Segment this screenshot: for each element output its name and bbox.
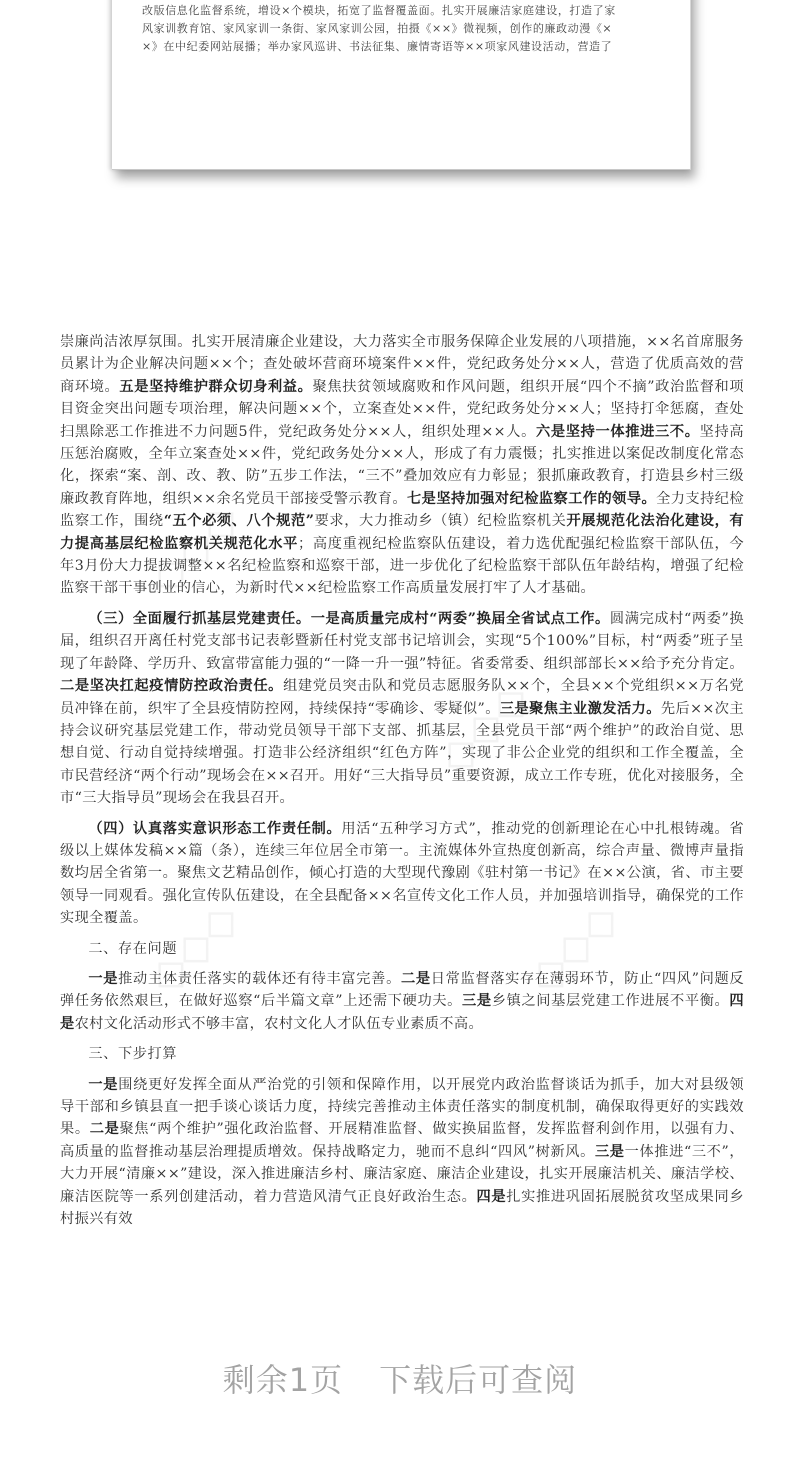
previous-page-line: ×》在中纪委网站展播；举办家风巡讲、书法征集、廉情寄语等××项家风建设活动，营造… [142, 38, 662, 56]
download-to-view-button[interactable]: 剩余1页下载后可查阅 [0, 1355, 800, 1401]
paragraph-next-steps: 一是围绕更好发挥全面从严治党的引领和保障作用，以开展党内政治监督谈话为抓手，加大… [60, 1074, 744, 1231]
section-heading-problems: 二、存在问题 [60, 938, 744, 960]
paragraph-party-building: （三）全面履行抓基层党建责任。一是高质量完成村“两委”换届全省试点工作。圆满完成… [60, 608, 744, 810]
previous-page-line: 改版信息化监督系统，增设×个模块，拓宽了监督覆盖面。扎实开展廉洁家庭建设，打造了… [142, 2, 662, 20]
paragraph-discipline: 崇廉尚洁浓厚氛围。扎实开展清廉企业建设，大力落实全市服务保障企业发展的八项措施，… [60, 331, 744, 600]
remaining-pages-label: 剩余1页 [223, 1361, 343, 1399]
bold-point-five: 五是坚持维护群众切身利益。 [119, 379, 312, 395]
previous-page-card: 改版信息化监督系统，增设×个模块，拓宽了监督覆盖面。扎实开展廉洁家庭建设，打造了… [112, 0, 691, 170]
previous-page-text: 改版信息化监督系统，增设×个模块，拓宽了监督覆盖面。扎实开展廉洁家庭建设，打造了… [142, 2, 662, 56]
document-page: 崇廉尚洁浓厚氛围。扎实开展清廉企业建设，大力落实全市服务保障企业发展的八项措施，… [60, 331, 744, 1230]
subsection-heading-3: （三）全面履行抓基层党建责任。一是高质量完成村“两委”换届全省试点工作。 [88, 611, 610, 627]
download-label: 下载后可查阅 [379, 1361, 577, 1399]
bold-point-six: 六是坚持一体推进三不。 [536, 424, 700, 440]
section-heading-next-steps: 三、下步打算 [60, 1043, 744, 1065]
bold-point-seven: 七是坚持加强对纪检监察工作的领导。 [407, 491, 656, 507]
previous-page-line: 风家训教育馆、家风家训一条街、家风家训公园，拍摄《××》微视频，创作的廉政动漫《… [142, 20, 662, 38]
paragraph-problems: 一是推动主体责任落实的载体还有待丰富完善。二是日常监督落实存在薄弱环节，防止“四… [60, 968, 744, 1035]
paragraph-ideology: （四）认真落实意识形态工作责任制。用活“五种学习方式”，推动党的创新理论在心中扎… [60, 818, 744, 930]
subsection-heading-4: （四）认真落实意识形态工作责任制。 [88, 821, 341, 837]
